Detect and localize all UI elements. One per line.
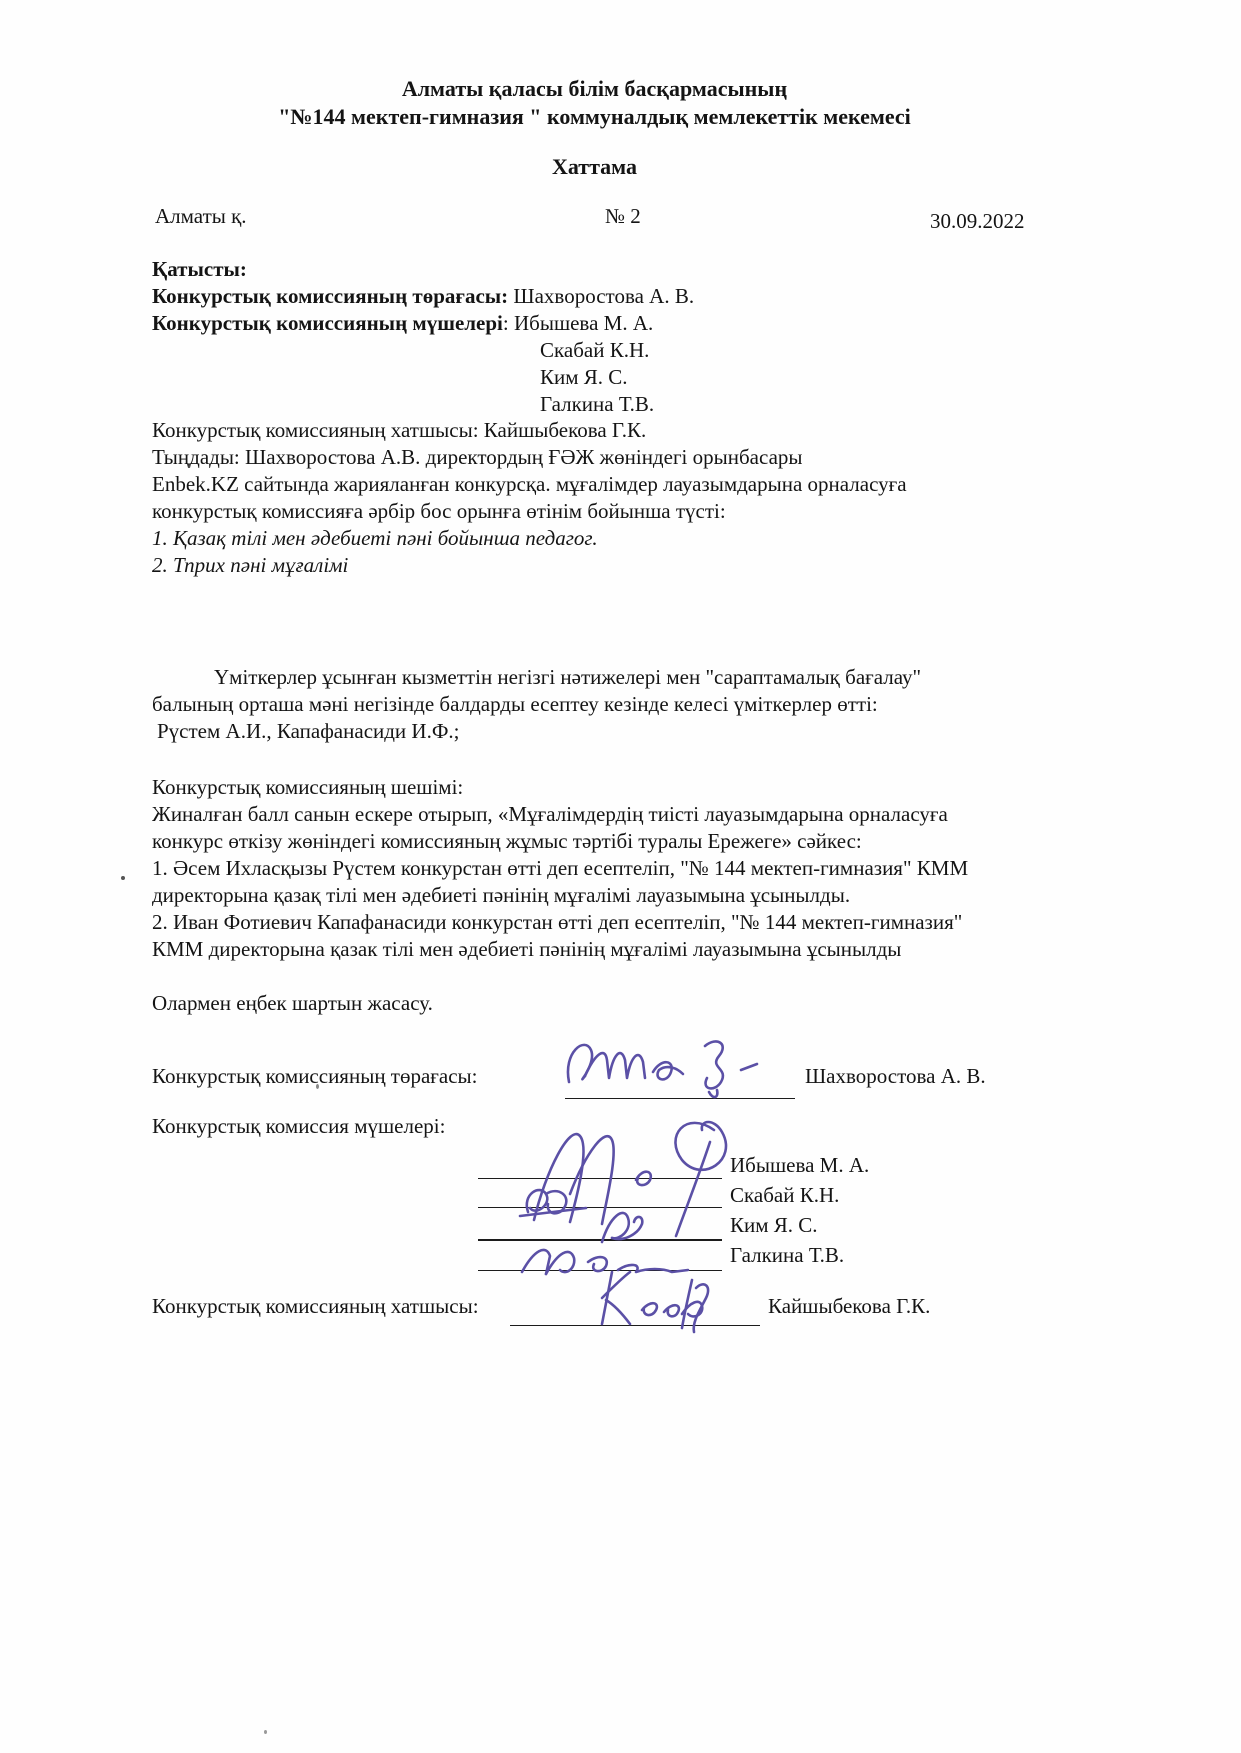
signature-member3-ink bbox=[588, 1202, 678, 1250]
announcement-line1: Enbek.KZ сайтында жарияланған конкурсқа.… bbox=[152, 471, 907, 497]
org-name-line1: Алматы қаласы білім басқармасының bbox=[152, 76, 1037, 102]
attendees-heading: Қатысты: bbox=[152, 256, 247, 282]
heard-line: Тыңдады: Шахворостова А.В. директордың Ғ… bbox=[152, 444, 803, 470]
signature-underline bbox=[510, 1325, 760, 1326]
vacancy-item: 2. Тприх пәні мұғалімі bbox=[152, 552, 348, 578]
scan-artifact-dot bbox=[264, 1730, 267, 1734]
signature-underline bbox=[478, 1178, 722, 1179]
candidates-names: Рүстем А.И., Капафанасиди И.Ф.; bbox=[157, 718, 460, 744]
meta-date: 30.09.2022 bbox=[930, 208, 1025, 234]
contract-line: Олармен еңбек шартын жасасу. bbox=[152, 990, 433, 1016]
signature-secretary-ink bbox=[592, 1262, 732, 1334]
decision-item2-line2: КММ директорына қазак тілі мен әдебиеті … bbox=[152, 936, 901, 962]
vacancy-item: 1. Қазақ тілі мен әдебиеті пәні бойынша … bbox=[152, 525, 598, 551]
chairman-label: Конкурстық комиссияның төрағасы: bbox=[152, 284, 508, 308]
document-title: Хаттама bbox=[152, 154, 1037, 180]
announcement-line2: конкурстық комиссияға әрбір бос орынға ө… bbox=[152, 498, 726, 524]
attendees-members-line: Конкурстық комиссияның мүшелері: Ибышева… bbox=[152, 310, 653, 336]
sig-chairman-name: Шахворостова А. В. bbox=[805, 1063, 986, 1089]
member-name: Скабай К.Н. bbox=[540, 337, 649, 363]
scan-artifact-dot bbox=[121, 876, 125, 880]
meta-number: № 2 bbox=[605, 203, 641, 229]
secretary-line: Конкурстық комиссияның хатшысы: Кайшыбек… bbox=[152, 417, 646, 443]
signature-underline bbox=[478, 1239, 722, 1241]
member-name: Ибышева М. А. bbox=[514, 311, 653, 335]
signature-member2-ink bbox=[516, 1180, 596, 1224]
decision-item1-line2: директорына қазақ тілі мен әдебиеті пәні… bbox=[152, 882, 850, 908]
org-name-line2: "№144 мектеп-гимназия " коммуналдық мемл… bbox=[152, 104, 1037, 130]
candidates-paragraph-line2: балының орташа мәні негізінде балдарды е… bbox=[152, 691, 878, 717]
members-colon: : bbox=[503, 311, 509, 335]
sig-member-name: Ким Я. С. bbox=[730, 1212, 818, 1238]
scan-artifact-mark bbox=[316, 1084, 319, 1089]
sig-chairman-label: Конкурстық комиссияның төрағасы: bbox=[152, 1063, 478, 1089]
sig-member-name: Галкина Т.В. bbox=[730, 1242, 844, 1268]
sig-member-name: Ибышева М. А. bbox=[730, 1152, 869, 1178]
decision-item1-line1: 1. Әсем Ихласқызы Рүстем конкурстан өтті… bbox=[152, 855, 968, 881]
sig-secretary-name: Кайшыбекова Г.К. bbox=[768, 1293, 930, 1319]
decision-item2-line1: 2. Иван Фотиевич Капафанасиди конкурстан… bbox=[152, 909, 962, 935]
chairman-name: Шахворостова А. В. bbox=[513, 284, 694, 308]
scanned-protocol-document: Алматы қаласы білім басқармасының "№144 … bbox=[0, 0, 1241, 1753]
decision-heading: Конкурстық комиссияның шешімі: bbox=[152, 774, 463, 800]
meta-city: Алматы қ. bbox=[155, 203, 247, 229]
sig-member-name: Скабай К.Н. bbox=[730, 1182, 839, 1208]
decision-line1: Жиналған балл санын ескере отырып, «Мұға… bbox=[152, 801, 948, 827]
signature-chairman-ink bbox=[555, 1030, 795, 1102]
member-name: Ким Я. С. bbox=[540, 364, 628, 390]
signature-underline bbox=[478, 1270, 722, 1271]
candidates-paragraph-line1: Үміткерлер ұсынған кызметтін негізгі нәт… bbox=[214, 664, 921, 690]
attendees-chairman-line: Конкурстық комиссияның төрағасы: Шахворо… bbox=[152, 283, 694, 309]
members-label: Конкурстық комиссияның мүшелері bbox=[152, 311, 503, 335]
decision-line2: конкурс өткізу жөніндегі комиссияның жұм… bbox=[152, 828, 862, 854]
member-name: Галкина Т.В. bbox=[540, 391, 654, 417]
sig-secretary-label: Конкурстық комиссияның хатшысы: bbox=[152, 1293, 479, 1319]
signature-underline bbox=[478, 1207, 722, 1208]
sig-members-label: Конкурстық комиссия мүшелері: bbox=[152, 1113, 445, 1139]
signature-underline bbox=[565, 1098, 795, 1099]
